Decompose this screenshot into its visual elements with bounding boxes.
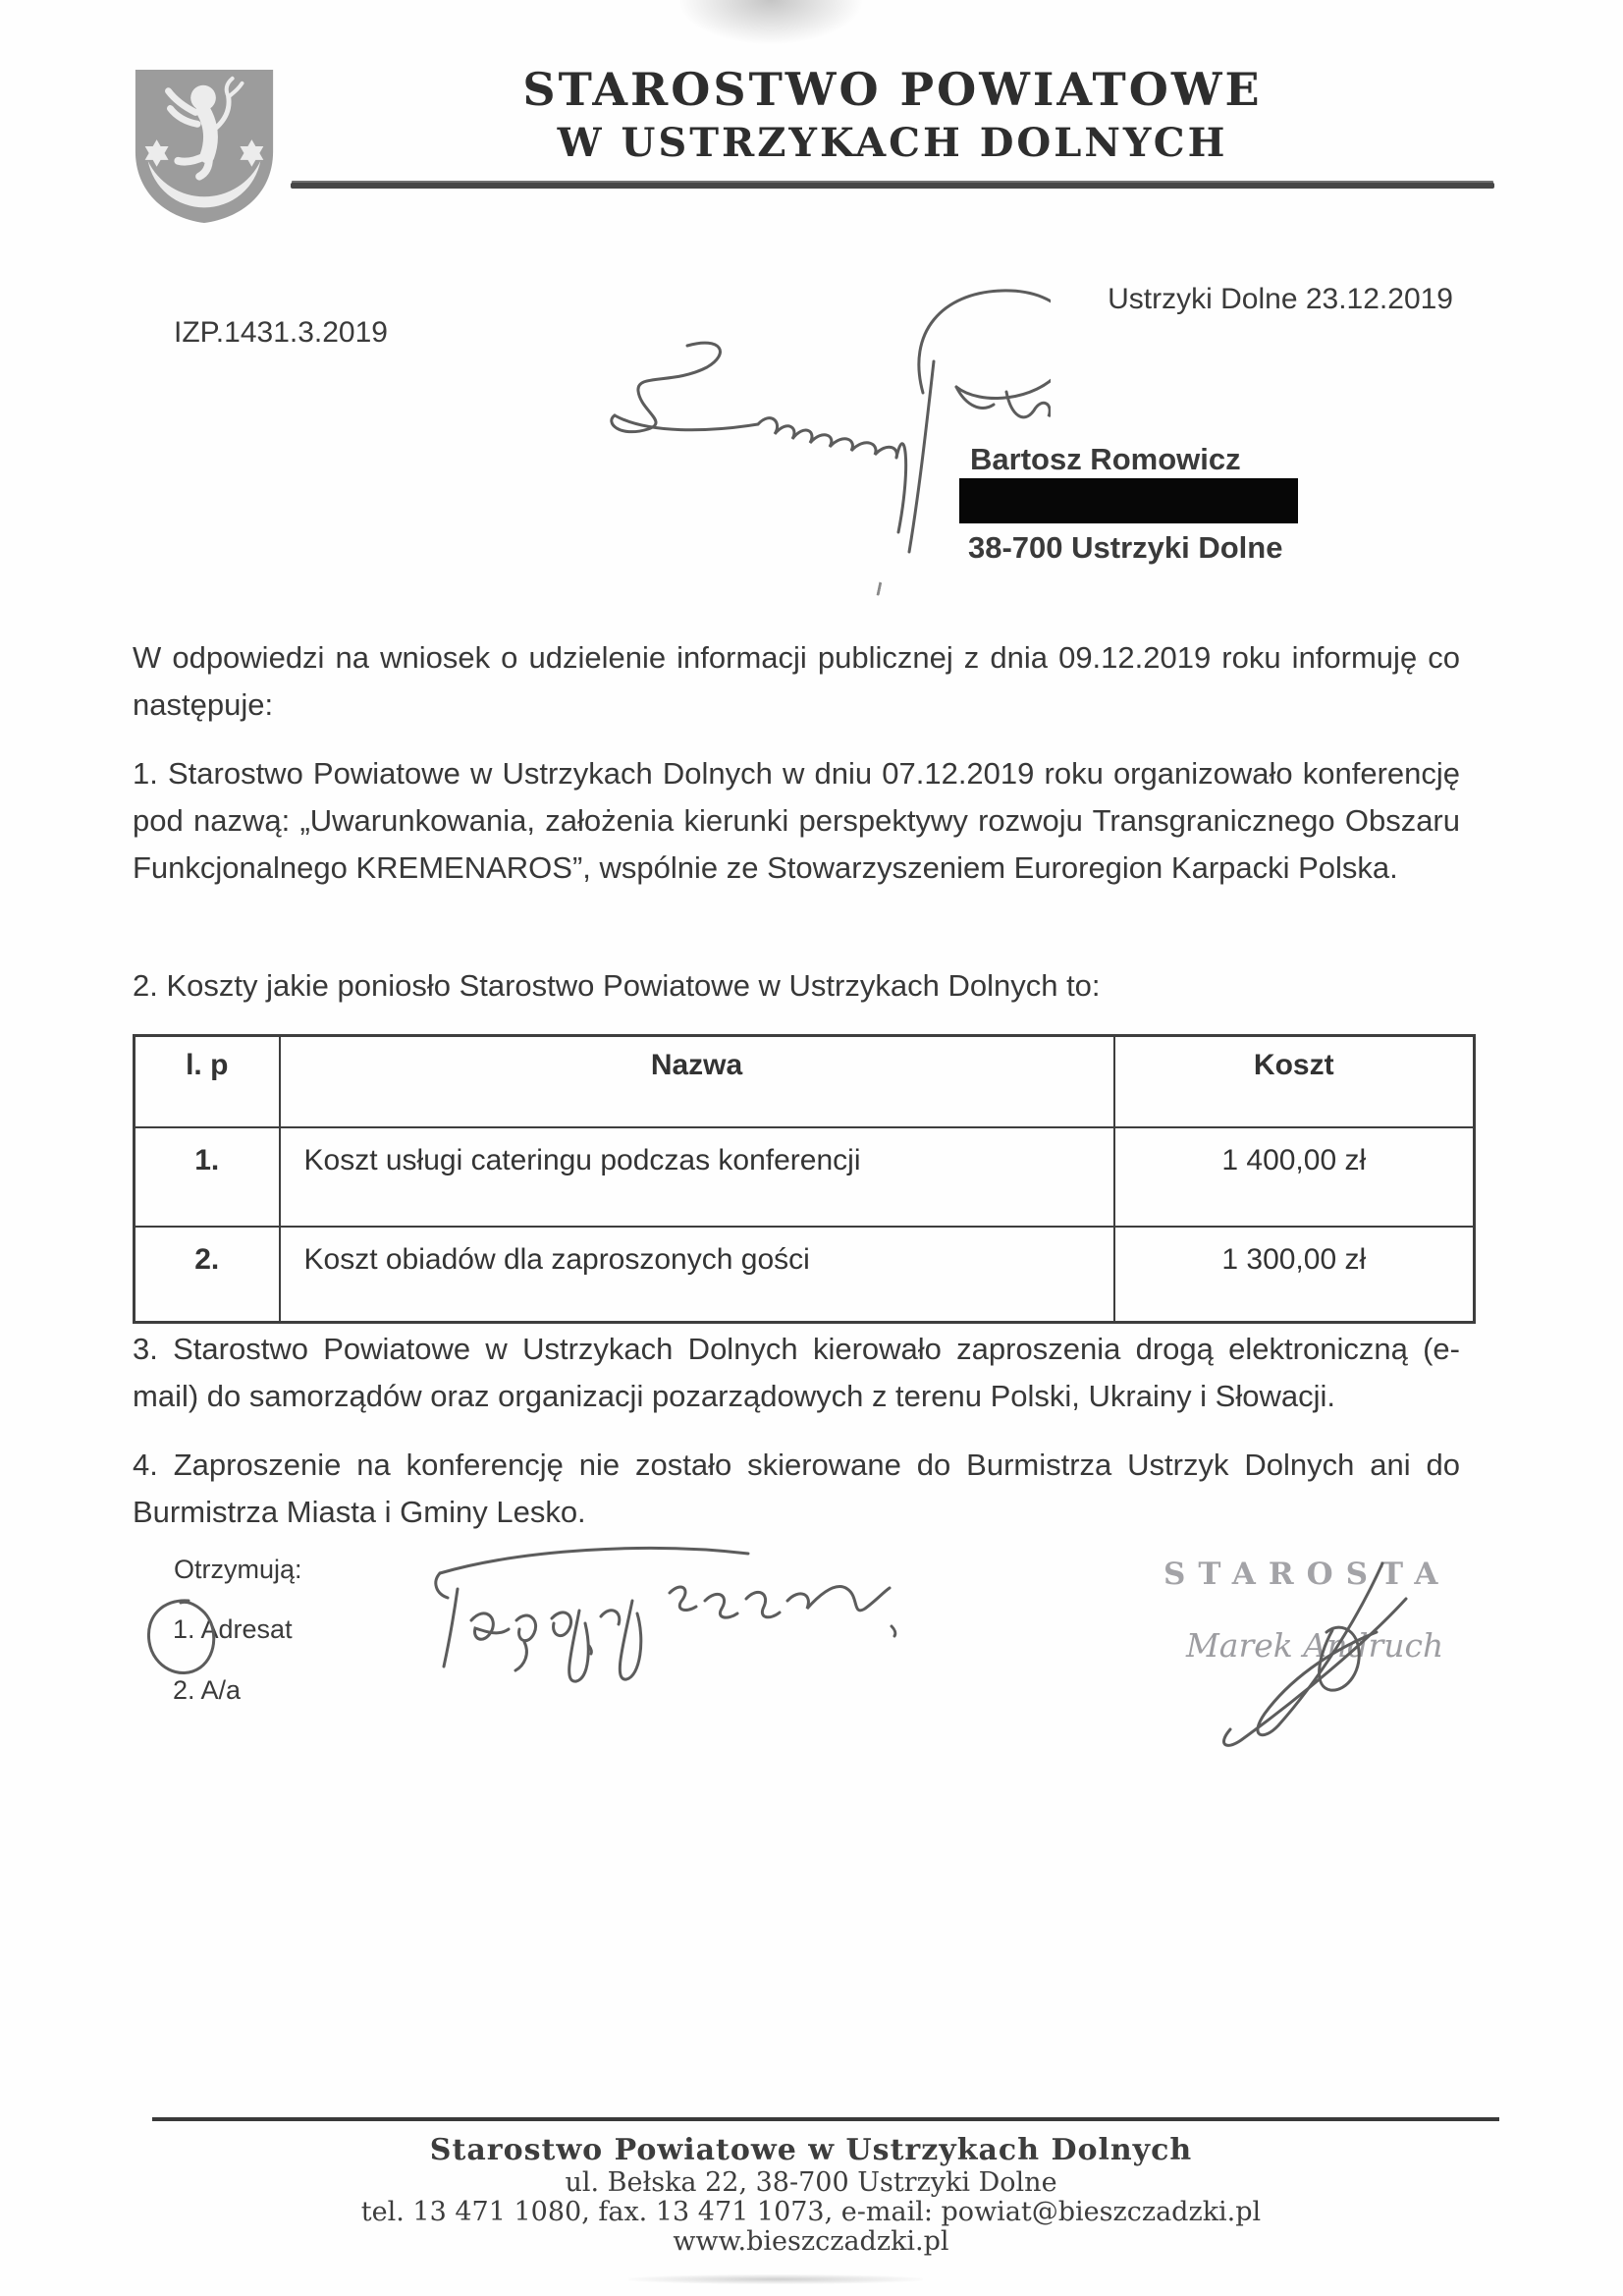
footer-org-name: Starostwo Powiatowe w Ustrzykach Dolnych: [143, 2133, 1479, 2168]
paragraph-point2: 2. Koszty jakie poniosło Starostwo Powia…: [133, 962, 1460, 1010]
footer-address: ul. Bełska 22, 38-700 Ustrzyki Dolne: [143, 2168, 1479, 2198]
footer: Starostwo Powiatowe w Ustrzykach Dolnych…: [143, 2133, 1479, 2257]
col-header-nazwa: Nazwa: [280, 1036, 1114, 1128]
distribution-item-adresat: 1. Adresat: [173, 1614, 293, 1645]
distribution-item-aa: 2. A/a: [173, 1675, 241, 1706]
row2-cost: 1 300,00 zł: [1114, 1227, 1475, 1323]
reference-number: IZP.1431.3.2019: [174, 316, 388, 350]
table-row: 2. Koszt obiadów dla zaproszonych gości …: [135, 1227, 1475, 1323]
row2-number: 2.: [135, 1227, 280, 1323]
footer-contact: tel. 13 471 1080, fax. 13 471 1073, e-ma…: [143, 2198, 1479, 2227]
paragraph-point1: 1. Starostwo Powiatowe w Ustrzykach Doln…: [133, 750, 1460, 892]
col-header-koszt: Koszt: [1114, 1036, 1475, 1128]
redacted-address-bar: [959, 478, 1298, 523]
handwritten-note: [422, 1532, 913, 1699]
starosta-stamp-title: STAROSTA: [1163, 1557, 1450, 1592]
header-divider: [291, 183, 1494, 189]
footer-website: www.bieszczadzki.pl: [143, 2227, 1479, 2257]
recipient-name: Bartosz Romowicz: [970, 442, 1241, 477]
row2-name: Koszt obiadów dla zaproszonych gości: [280, 1227, 1114, 1323]
scanned-letter-page: STAROSTWO POWIATOWE W USTRZYKACH DOLNYCH…: [0, 0, 1623, 2296]
row1-number: 1.: [135, 1127, 280, 1227]
date-line: Ustrzyki Dolne 23.12.2019: [1108, 283, 1453, 316]
org-name-line1: STAROSTWO POWIATOWE: [295, 61, 1490, 118]
footer-divider: [152, 2117, 1499, 2121]
cost-table: l. p Nazwa Koszt 1. Koszt usługi caterin…: [133, 1034, 1476, 1324]
distribution-label: Otrzymują:: [174, 1555, 302, 1585]
org-header: STAROSTWO POWIATOWE W USTRZYKACH DOLNYCH: [295, 61, 1490, 169]
scan-smudge-bottom: [628, 2274, 923, 2284]
scan-smudge-top: [677, 0, 864, 45]
recipient-city: 38-700 Ustrzyki Dolne: [968, 530, 1282, 566]
row1-name: Koszt usługi cateringu podczas konferenc…: [280, 1127, 1114, 1227]
table-row: 1. Koszt usługi cateringu podczas konfer…: [135, 1127, 1475, 1227]
paragraph-point3: 3. Starostwo Powiatowe w Ustrzykach Doln…: [133, 1326, 1460, 1420]
paragraph-point4: 4. Zaproszenie na konferencję nie został…: [133, 1442, 1460, 1536]
paragraph-intro: W odpowiedzi na wniosek o udzielenie inf…: [133, 634, 1460, 729]
cost-table-header-row: l. p Nazwa Koszt: [135, 1036, 1475, 1128]
org-name-line2: W USTRZYKACH DOLNYCH: [295, 118, 1490, 169]
row1-cost: 1 400,00 zł: [1114, 1127, 1475, 1227]
scan-stray-mark: [871, 580, 883, 596]
col-header-lp: l. p: [135, 1036, 280, 1128]
starosta-stamp-name: Marek Andruch: [1186, 1626, 1443, 1665]
coat-of-arms-icon: [128, 63, 283, 230]
